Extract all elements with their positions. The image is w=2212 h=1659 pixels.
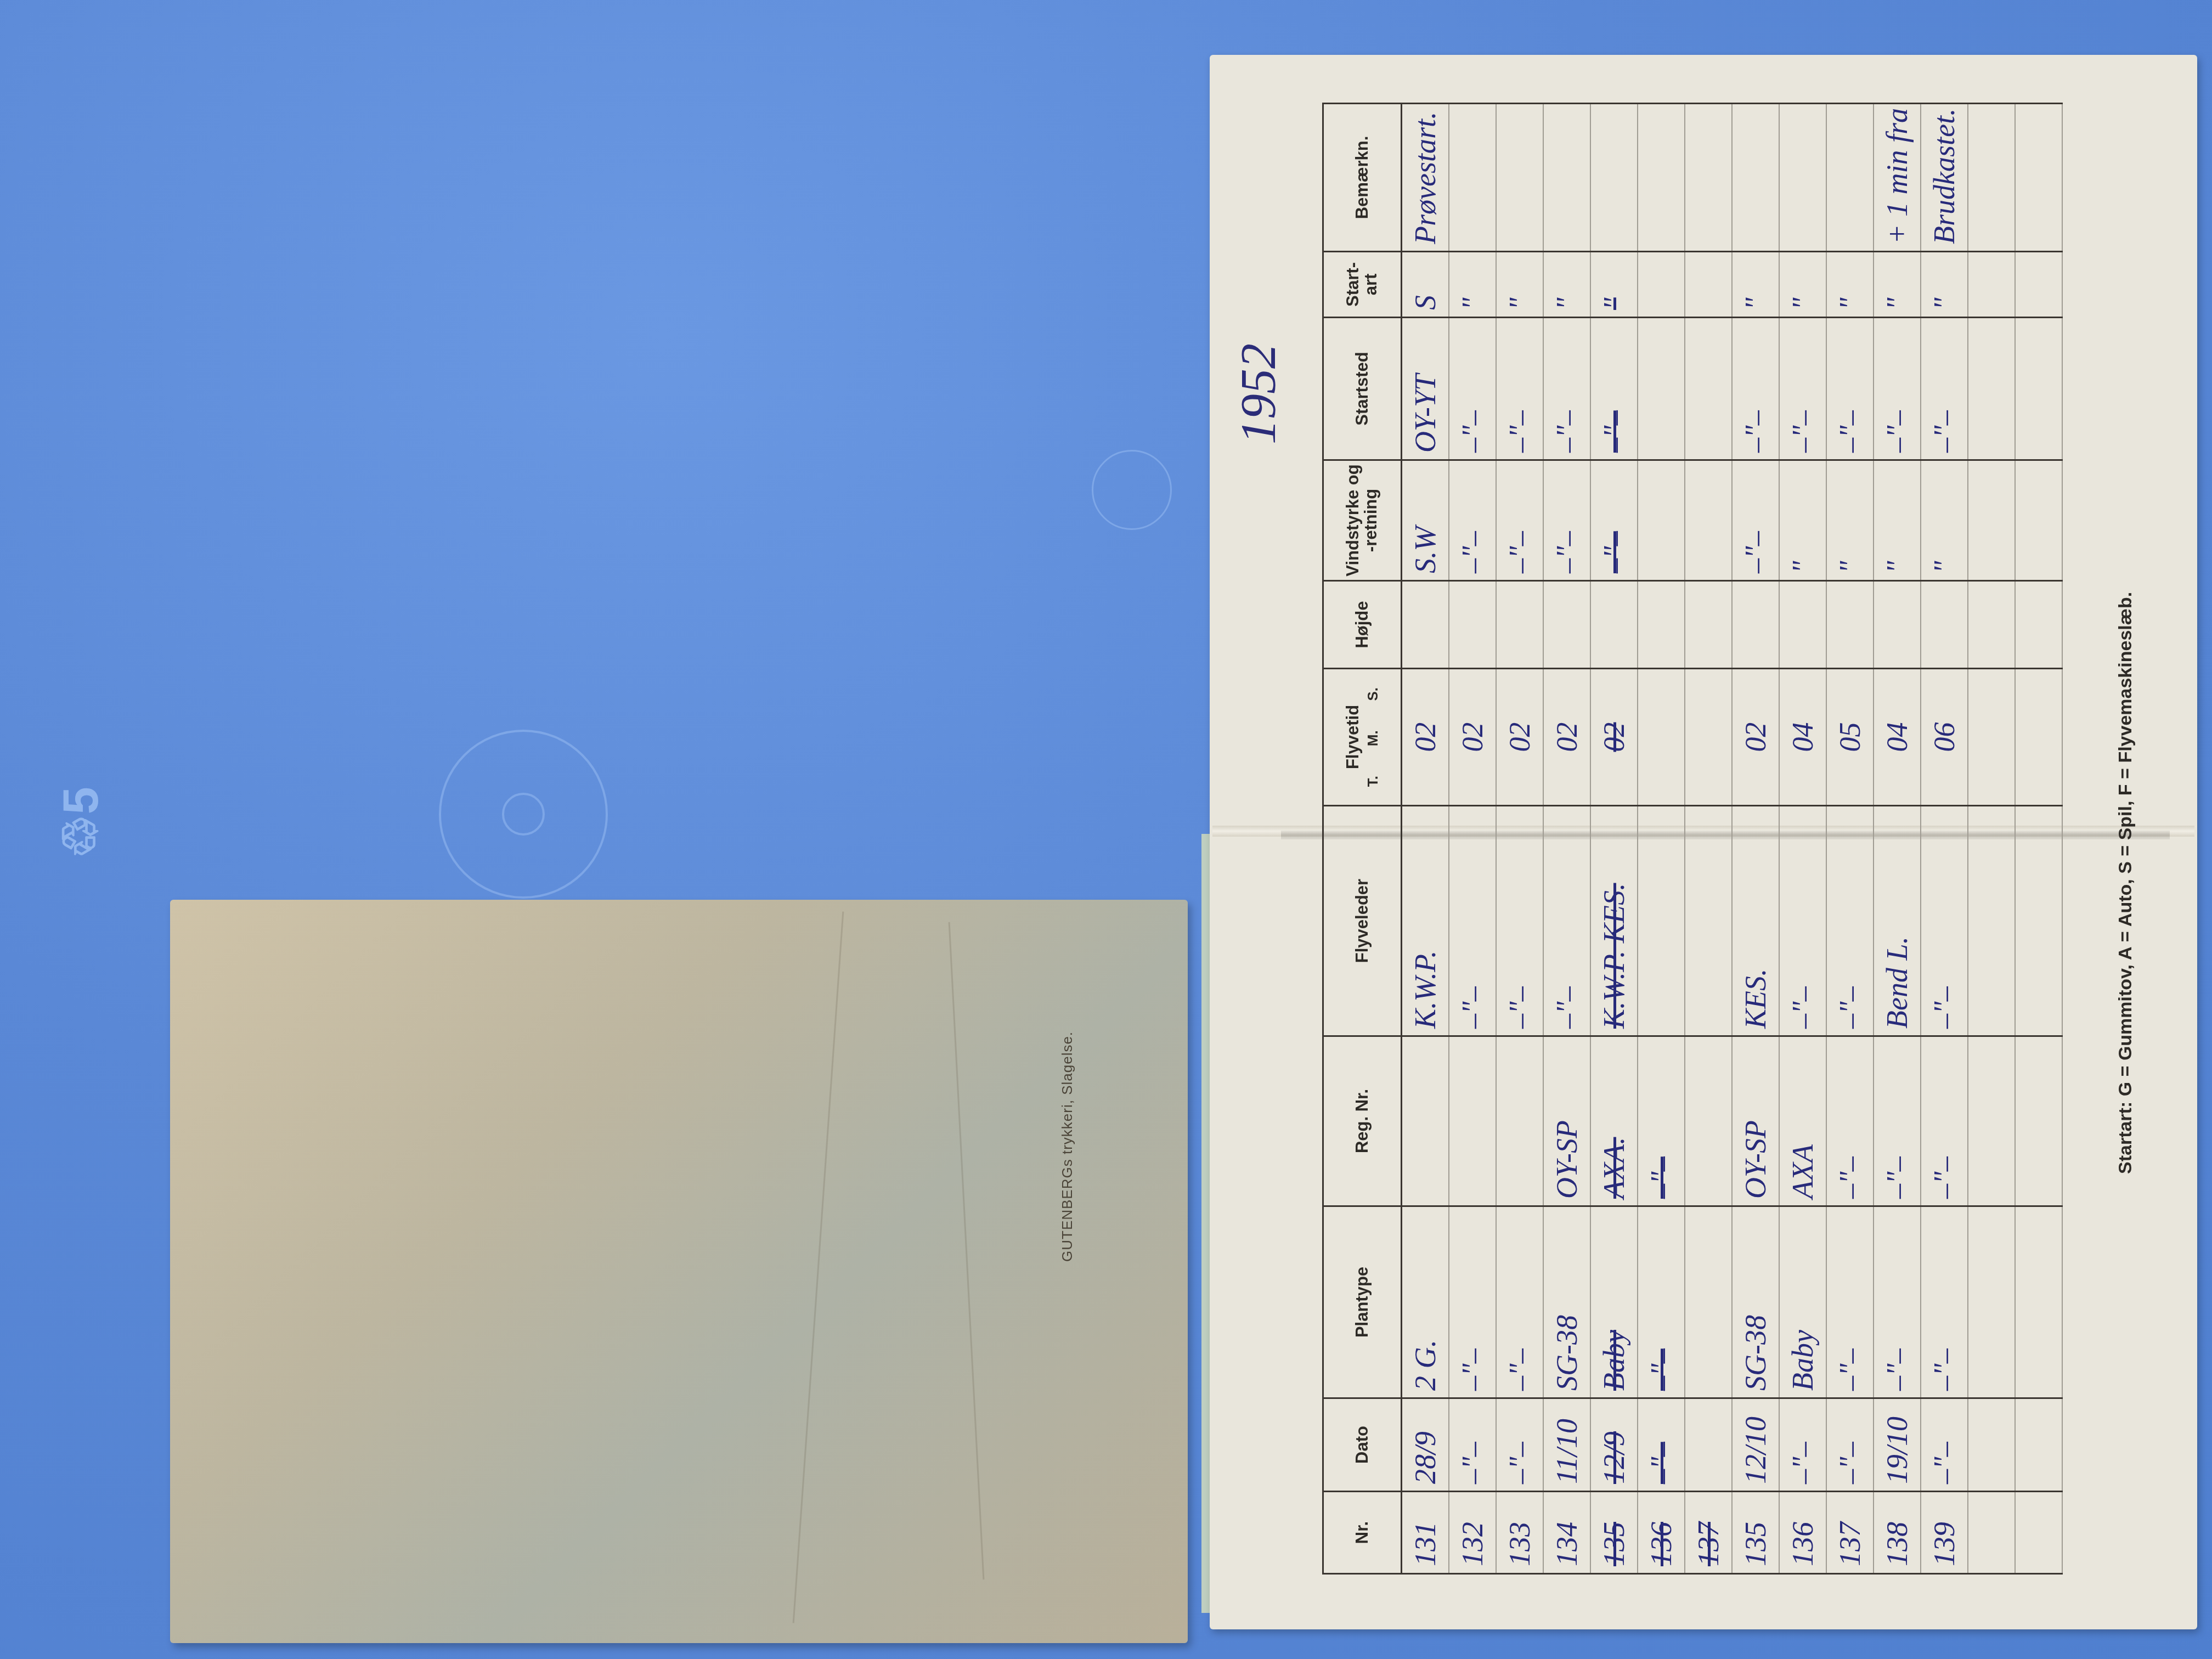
cell-nr [1968,1492,2015,1574]
col-header-flyveleder: Flyveleder [1323,806,1402,1036]
cell-nr: 138 [1874,1492,1921,1574]
cell-bemaerkn: + 1 min fra Kæde [1874,104,1921,252]
cell-dato [2015,1398,2062,1492]
cell-hojde [1496,581,1543,669]
startart-legend: Startart: G = Gummitov, A = Auto, S = Sp… [2115,592,2136,1174]
cell-dato: –"– [1449,1398,1496,1492]
cell-reg-nr [2015,1036,2062,1206]
cell-dato: –"– [1779,1398,1826,1492]
cell-vindstyrke: –"– [1732,460,1779,581]
cell-reg-nr [1496,1036,1543,1206]
cell-nr: 135 [1590,1492,1638,1574]
cell-startart: " [1449,252,1496,318]
col-header-hojde: Højde [1323,581,1402,669]
cell-plantype: SG-38 [1732,1206,1779,1398]
cell-bemaerkn [1496,104,1543,252]
cell-startart [1968,252,2015,318]
printer-imprint: GUTENBERGs trykkeri, Slagelse. [1059,1031,1076,1262]
cover-crease [793,911,844,1623]
cell-plantype: –"– [1874,1206,1921,1398]
cell-startart: " [1543,252,1590,318]
cell-flyvetid [1968,669,2015,806]
cell-plantype: Baby [1590,1206,1638,1398]
cell-startsted: –"– [1732,318,1779,460]
cell-plantype: –"– [1449,1206,1496,1398]
cell-vindstyrke [1968,460,2015,581]
cell-reg-nr: OY-SP [1732,1036,1779,1206]
cell-nr [2015,1492,2062,1574]
cell-startsted: –"– [1779,318,1826,460]
cell-bemaerkn [1590,104,1638,252]
cell-startsted: –"– [1874,318,1921,460]
table-row: 136–"–BabyAXA–"–04"–"–" [1779,104,1826,1574]
table-row: 13411/10SG-38OY-SP–"–02–"––"–" [1543,104,1590,1574]
cell-plantype: –"– [1826,1206,1874,1398]
cell-nr: 137 [1826,1492,1874,1574]
table-row: 137 [1685,104,1732,1574]
table-row: 13128/92 G.K.W.P.02S.WOY-YTSPrøvestart. [1402,104,1449,1574]
col-header-plantype: Plantype [1323,1206,1402,1398]
cell-dato: –"– [1496,1398,1543,1492]
table-row: 13819/10–"––"–Bend L.04"–"–"+ 1 min fra … [1874,104,1921,1574]
col-header-dato: Dato [1323,1398,1402,1492]
recycle-icon: ♲5 [52,732,151,859]
cell-reg-nr: AXA. [1590,1036,1638,1206]
col-header-bemaerkn: Bemærkn. [1323,104,1402,252]
cell-hojde [1874,581,1921,669]
col-header-reg-nr: Reg. Nr. [1323,1036,1402,1206]
flyvetid-sub-s: S. [1365,687,1380,701]
cell-vindstyrke [1638,460,1685,581]
year-label: 1952 [1229,343,1287,444]
cell-startart [1685,252,1732,318]
cell-dato: 12/10 [1732,1398,1779,1492]
cell-hojde [1590,581,1638,669]
cell-dato [1685,1398,1732,1492]
cell-startart [1638,252,1685,318]
cell-flyvetid: 02 [1449,669,1496,806]
cell-vindstyrke: –"– [1496,460,1543,581]
cell-reg-nr: –"– [1921,1036,1968,1206]
cell-bemaerkn [1685,104,1732,252]
cell-startart: " [1496,252,1543,318]
cell-bemaerkn [1638,104,1685,252]
cell-flyveleder: –"– [1449,806,1496,1036]
table-body: 13128/92 G.K.W.P.02S.WOY-YTSPrøvestart.1… [1402,104,2063,1574]
cell-vindstyrke: " [1826,460,1874,581]
cell-startart: " [1826,252,1874,318]
cell-startsted [2015,318,2062,460]
embossed-circle-top [1092,450,1172,530]
cell-flyvetid [1638,669,1685,806]
cell-flyveleder: –"– [1826,806,1874,1036]
flight-log-table: Nr. Dato Plantype Reg. Nr. Flyveleder Fl… [1322,103,2063,1575]
cell-dato [1968,1398,2015,1492]
cell-startart: " [1874,252,1921,318]
cell-flyvetid: 04 [1874,669,1921,806]
cell-vindstyrke [2015,460,2062,581]
cell-vindstyrke: –"– [1590,460,1638,581]
cell-dato: 28/9 [1402,1398,1449,1492]
cell-hojde [1968,581,2015,669]
cell-dato: 11/10 [1543,1398,1590,1492]
table-row: 13512/9BabyAXA.K.W.P. KES.02–"––"–" [1590,104,1638,1574]
flyvetid-label: Flyvetid [1344,673,1362,802]
cell-startart: S [1402,252,1449,318]
cell-bemaerkn [1826,104,1874,252]
cell-hojde [1543,581,1590,669]
cell-hojde [1921,581,1968,669]
cell-startart: " [1921,252,1968,318]
cell-flyveleder: –"– [1543,806,1590,1036]
cell-plantype: –"– [1921,1206,1968,1398]
cell-dato: 12/9 [1590,1398,1638,1492]
cell-flyvetid: 02 [1543,669,1590,806]
table-row: 137–"––"––"––"–05"–"–" [1826,104,1874,1574]
cell-flyveleder: –"– [1496,806,1543,1036]
table-row [1968,104,2015,1574]
cell-bemaerkn: Prøvestart. [1402,104,1449,252]
cell-flyvetid: 05 [1826,669,1874,806]
cell-plantype: Baby [1779,1206,1826,1398]
cell-plantype [1968,1206,2015,1398]
cell-vindstyrke: " [1779,460,1826,581]
cell-startsted: –"– [1543,318,1590,460]
cell-flyveleder: KES. [1732,806,1779,1036]
cell-hojde [1638,581,1685,669]
cell-startart: " [1779,252,1826,318]
cell-reg-nr: OY-SP [1543,1036,1590,1206]
cell-hojde [2015,581,2062,669]
cell-reg-nr [1449,1036,1496,1206]
cell-flyvetid [2015,669,2062,806]
cell-flyvetid: 06 [1921,669,1968,806]
cell-dato: –"– [1638,1398,1685,1492]
logbook-sheet: 1952 Nr. Dato Plantype Reg. Nr. Flyveled… [1215,60,2186,1613]
cell-bemaerkn [1543,104,1590,252]
cell-reg-nr [1968,1036,2015,1206]
cell-startart: " [1590,252,1638,318]
cell-reg-nr: AXA [1779,1036,1826,1206]
cell-flyvetid: 04 [1779,669,1826,806]
cell-dato: –"– [1826,1398,1874,1492]
table-row: 136–"––"––"– [1638,104,1685,1574]
cell-startart: " [1732,252,1779,318]
cell-flyveleder: Bend L. [1874,806,1921,1036]
table-row [2015,104,2062,1574]
cell-startsted: –"– [1449,318,1496,460]
cell-nr: 136 [1638,1492,1685,1574]
cell-flyveleder [1685,806,1732,1036]
booklet-cover [170,900,1188,1643]
cell-flyvetid: 02 [1402,669,1449,806]
cell-dato: 19/10 [1874,1398,1921,1492]
col-header-flyvetid: Flyvetid T. M. S. [1323,669,1402,806]
cell-startsted [1638,318,1685,460]
cell-vindstyrke: " [1921,460,1968,581]
embossed-circle-small [502,793,545,836]
cell-bemaerkn: Brudkastet. [1921,104,1968,252]
cell-plantype: –"– [1638,1206,1685,1398]
cell-reg-nr [1402,1036,1449,1206]
cell-nr: 132 [1449,1492,1496,1574]
flyvetid-sub-m: M. [1365,730,1380,746]
table-row: 132–"––"––"–02–"––"–" [1449,104,1496,1574]
cell-flyveleder: –"– [1779,806,1826,1036]
cell-hojde [1685,581,1732,669]
cell-vindstyrke: –"– [1543,460,1590,581]
cell-vindstyrke [1685,460,1732,581]
cell-flyveleder: K.W.P. KES. [1590,806,1638,1036]
cell-startart [2015,252,2062,318]
cell-flyveleder [2015,806,2062,1036]
cell-plantype: 2 G. [1402,1206,1449,1398]
cell-flyveleder: K.W.P. [1402,806,1449,1036]
col-header-nr: Nr. [1323,1492,1402,1574]
cell-startsted: –"– [1921,318,1968,460]
cell-hojde [1779,581,1826,669]
cell-bemaerkn [1732,104,1779,252]
cell-bemaerkn [1779,104,1826,252]
table-row: 13512/10SG-38OY-SPKES.02–"––"–" [1732,104,1779,1574]
cell-plantype: –"– [1496,1206,1543,1398]
cell-flyveleder: –"– [1921,806,1968,1036]
cell-hojde [1449,581,1496,669]
col-header-vindstyrke: Vindstyrke og -retning [1323,460,1402,581]
cell-nr: 131 [1402,1492,1449,1574]
cell-reg-nr [1685,1036,1732,1206]
cell-startsted [1968,318,2015,460]
cell-nr: 134 [1543,1492,1590,1574]
cell-flyvetid [1685,669,1732,806]
cell-nr: 137 [1685,1492,1732,1574]
cell-reg-nr: –"– [1874,1036,1921,1206]
cell-reg-nr: –"– [1638,1036,1685,1206]
cell-hojde [1826,581,1874,669]
cell-vindstyrke: S.W [1402,460,1449,581]
table-header-row: Nr. Dato Plantype Reg. Nr. Flyveleder Fl… [1323,104,1402,1574]
col-header-startsted: Startsted [1323,318,1402,460]
cell-nr: 135 [1732,1492,1779,1574]
cell-nr: 139 [1921,1492,1968,1574]
cell-flyveleder [1968,806,2015,1036]
cell-plantype [2015,1206,2062,1398]
cell-startsted: –"– [1496,318,1543,460]
table-row: 133–"––"––"–02–"––"–" [1496,104,1543,1574]
cell-vindstyrke: " [1874,460,1921,581]
cell-reg-nr: –"– [1826,1036,1874,1206]
cell-plantype: SG-38 [1543,1206,1590,1398]
cover-crease [949,922,985,1580]
cell-bemaerkn [2015,104,2062,252]
flyvetid-subheaders: T. M. S. [1365,673,1380,802]
cell-startsted: –"– [1590,318,1638,460]
cell-nr: 136 [1779,1492,1826,1574]
cell-flyvetid: 02 [1590,669,1638,806]
cell-startsted: OY-YT [1402,318,1449,460]
cell-startsted: –"– [1826,318,1874,460]
table-row: 139–"––"––"––"–06"–"–"Brudkastet. [1921,104,1968,1574]
cell-startsted [1685,318,1732,460]
cell-hojde [1732,581,1779,669]
cell-flyvetid: 02 [1732,669,1779,806]
cell-flyveleder [1638,806,1685,1036]
cell-bemaerkn [1449,104,1496,252]
cell-nr: 133 [1496,1492,1543,1574]
cell-plantype [1685,1206,1732,1398]
cell-dato: –"– [1921,1398,1968,1492]
cell-flyvetid: 02 [1496,669,1543,806]
cell-hojde [1402,581,1449,669]
cell-bemaerkn [1968,104,2015,252]
col-header-startart: Start-art [1323,252,1402,318]
cell-vindstyrke: –"– [1449,460,1496,581]
flyvetid-sub-t: T. [1365,776,1380,787]
